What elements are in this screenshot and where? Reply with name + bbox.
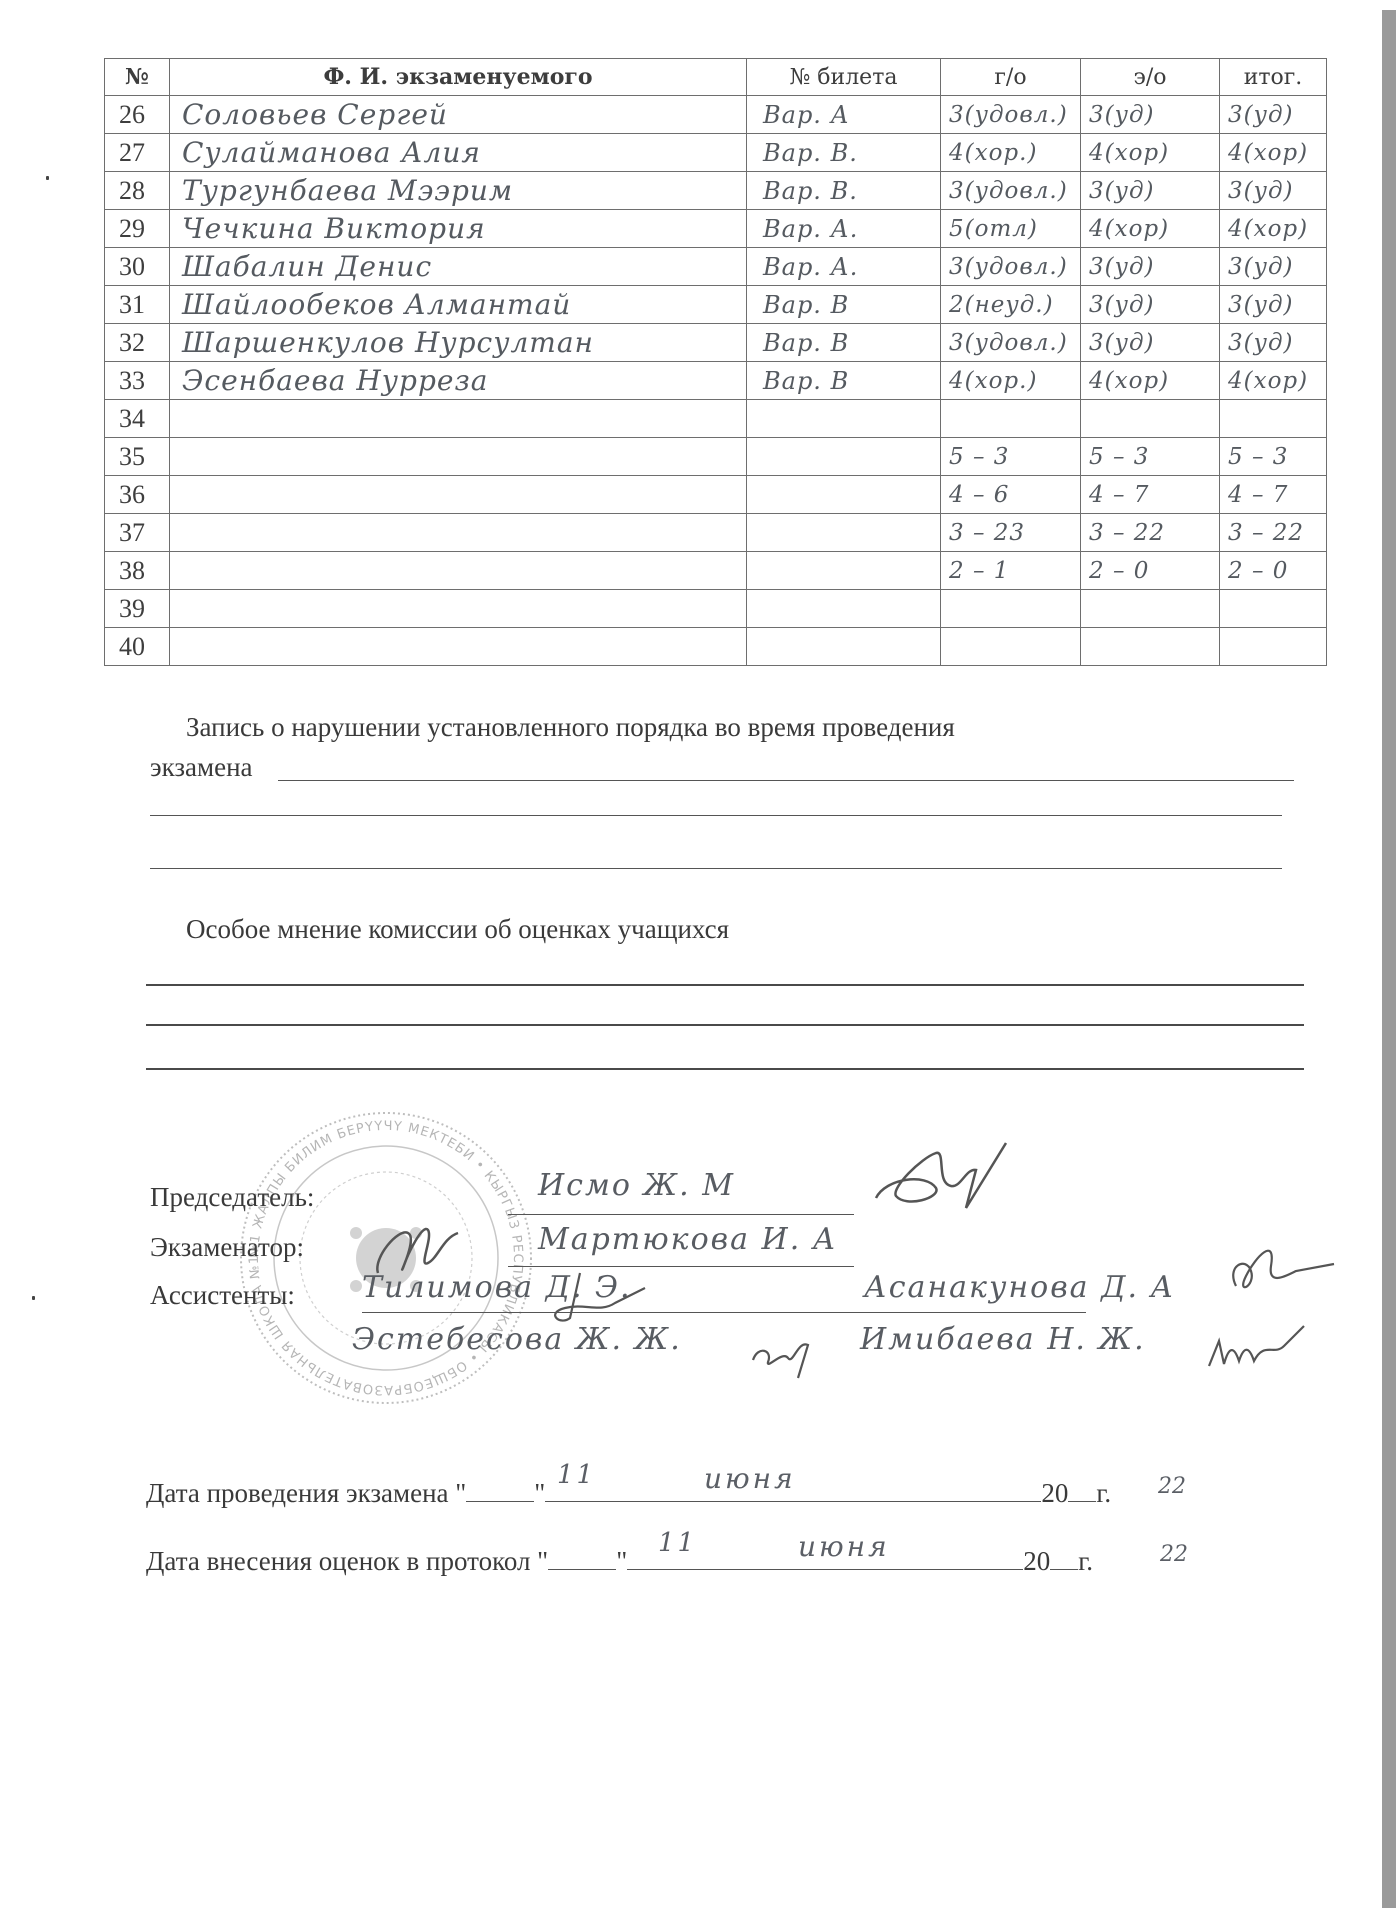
opinion-line-3[interactable] (146, 1068, 1304, 1070)
chairman-name: Исмо Ж. М (538, 1168, 735, 1203)
ticket-cell[interactable] (747, 514, 941, 552)
row-number: 29 (105, 210, 170, 248)
student-name-cell[interactable]: Шаршенкулов Нурсултан (170, 324, 747, 362)
ticket-cell[interactable]: Вар. А (747, 96, 941, 134)
commission-opinion-label: Особое мнение комиссии об оценках учащих… (186, 914, 729, 945)
violations-line-1[interactable] (278, 780, 1294, 781)
violations-line-3[interactable] (150, 868, 1282, 869)
ticket-cell[interactable]: Вар. В (747, 324, 941, 362)
oral-grade-cell[interactable]: 2 – 0 (1081, 552, 1220, 590)
row-number: 30 (105, 248, 170, 286)
header-final-grade: итог. (1220, 59, 1327, 96)
exam-year-prefix: 20 (1041, 1478, 1068, 1508)
written-grade-cell[interactable]: 2(неуд.) (941, 286, 1081, 324)
ticket-cell[interactable] (747, 590, 941, 628)
record-year-value: 22 (1160, 1542, 1188, 1567)
exam-day-field[interactable] (466, 1479, 534, 1502)
ticket-cell[interactable]: Вар. В. (747, 134, 941, 172)
record-month-value: июня (798, 1530, 890, 1563)
final-grade-cell[interactable]: 4 – 7 (1220, 476, 1327, 514)
student-name-cell[interactable]: Соловьев Сергей (170, 96, 747, 134)
chairman-line (508, 1214, 854, 1215)
oral-grade-cell[interactable]: 3(уд) (1081, 96, 1220, 134)
row-number: 26 (105, 96, 170, 134)
row-number: 40 (105, 628, 170, 666)
ticket-cell[interactable] (747, 400, 941, 438)
examiner-name: Мартюкова И. А (538, 1222, 837, 1257)
row-number: 34 (105, 400, 170, 438)
ticket-cell[interactable]: Вар. В (747, 286, 941, 324)
table-row: 31Шайлообеков АлмантайВар. В2(неуд.)3(уд… (105, 286, 1327, 324)
written-grade-cell[interactable] (941, 590, 1081, 628)
row-number: 39 (105, 590, 170, 628)
exam-day-value: 11 (557, 1460, 596, 1490)
final-grade-cell[interactable]: 2 – 0 (1220, 552, 1327, 590)
final-grade-cell[interactable]: 4(хор) (1220, 134, 1327, 172)
written-grade-cell[interactable]: 5(отл) (941, 210, 1081, 248)
header-student-name: Ф. И. экзаменуемого (170, 59, 747, 96)
table-row: 32Шаршенкулов НурсултанВар. В3(удовл.)3(… (105, 324, 1327, 362)
oral-grade-cell[interactable]: 3 – 22 (1081, 514, 1220, 552)
final-grade-cell[interactable]: 5 – 3 (1220, 438, 1327, 476)
table-row: 26Соловьев СергейВар. А3(удовл.)3(уд)3(у… (105, 96, 1327, 134)
assistant-2-signature (1216, 1226, 1336, 1306)
written-grade-cell[interactable]: 3 – 23 (941, 514, 1081, 552)
exam-date-label-text: Дата проведения экзамена " (146, 1478, 466, 1508)
exam-year-unit: г. (1096, 1478, 1111, 1508)
student-name-cell[interactable]: Чечкина Виктория (170, 210, 747, 248)
final-grade-cell[interactable] (1220, 628, 1327, 666)
written-grade-cell[interactable]: 3(удовл.) (941, 96, 1081, 134)
assistant-2-name: Асанакунова Д. А (864, 1270, 1175, 1305)
exam-year-value: 22 (1158, 1474, 1186, 1499)
oral-grade-cell[interactable] (1081, 628, 1220, 666)
written-grade-cell[interactable]: 3(удовл.) (941, 324, 1081, 362)
row-number: 37 (105, 514, 170, 552)
ticket-cell[interactable]: Вар. А. (747, 248, 941, 286)
written-grade-cell[interactable]: 3(удовл.) (941, 172, 1081, 210)
table-row: 27Сулайманова АлияВар. В.4(хор.)4(хор)4(… (105, 134, 1327, 172)
oral-grade-cell[interactable]: 4 – 7 (1081, 476, 1220, 514)
row-number: 28 (105, 172, 170, 210)
written-grade-cell[interactable]: 4(хор.) (941, 134, 1081, 172)
exam-year-field[interactable] (1068, 1479, 1096, 1502)
final-grade-cell[interactable]: 4(хор) (1220, 362, 1327, 400)
chairman-signature (866, 1138, 1016, 1218)
student-name-cell[interactable]: Эсенбаева Нурреза (170, 362, 747, 400)
examiner-label: Экзаменатор: (150, 1232, 304, 1263)
final-grade-cell[interactable]: 4(хор) (1220, 210, 1327, 248)
record-date-label-text: Дата внесения оценок в протокол " (146, 1546, 548, 1576)
ticket-cell[interactable]: Вар. В. (747, 172, 941, 210)
record-year-prefix: 20 (1023, 1546, 1050, 1576)
quote-close: " (534, 1478, 545, 1508)
final-grade-cell[interactable] (1220, 400, 1327, 438)
row-number: 33 (105, 362, 170, 400)
header-ticket: № билета (747, 59, 941, 96)
final-grade-cell[interactable] (1220, 590, 1327, 628)
table-row: 39 (105, 590, 1327, 628)
row-number: 35 (105, 438, 170, 476)
ticket-cell[interactable] (747, 476, 941, 514)
row-number: 36 (105, 476, 170, 514)
written-grade-cell[interactable]: 2 – 1 (941, 552, 1081, 590)
ticket-cell[interactable]: Вар. В (747, 362, 941, 400)
student-name-cell[interactable] (170, 400, 747, 438)
scan-speck (46, 176, 49, 180)
ticket-cell[interactable] (747, 552, 941, 590)
ticket-cell[interactable]: Вар. А. (747, 210, 941, 248)
violations-line-2[interactable] (150, 815, 1282, 816)
student-name-cell[interactable]: Сулайманова Алия (170, 134, 747, 172)
written-grade-cell[interactable]: 5 – 3 (941, 438, 1081, 476)
ticket-cell[interactable] (747, 628, 941, 666)
table-row: 33Эсенбаева НуррезаВар. В4(хор.)4(хор)4(… (105, 362, 1327, 400)
chairman-label: Председатель: (150, 1182, 314, 1213)
table-row: 34 (105, 400, 1327, 438)
assistant-4-signature (1204, 1316, 1324, 1376)
student-name-cell[interactable] (170, 552, 747, 590)
table-row: 40 (105, 628, 1327, 666)
header-oral-grade: э/о (1081, 59, 1220, 96)
final-grade-cell[interactable]: 3(уд) (1220, 248, 1327, 286)
record-year-unit: г. (1078, 1546, 1093, 1576)
student-name-cell[interactable]: Шабалин Денис (170, 248, 747, 286)
scan-speck (32, 1296, 35, 1300)
record-day-value: 11 (658, 1528, 697, 1558)
assistants-label: Ассистенты: (150, 1280, 295, 1311)
oral-grade-cell[interactable]: 4(хор) (1081, 210, 1220, 248)
oral-grade-cell[interactable]: 3(уд) (1081, 324, 1220, 362)
table-header-row: № Ф. И. экзаменуемого № билета г/о э/о и… (105, 59, 1327, 96)
exam-month-value: июня (704, 1462, 796, 1495)
table-row: 364 – 64 – 74 – 7 (105, 476, 1327, 514)
violations-label-cont: экзамена (150, 752, 253, 783)
quote-close: " (616, 1546, 627, 1576)
record-year-field[interactable] (1050, 1547, 1078, 1570)
table-row: 382 – 12 – 02 – 0 (105, 552, 1327, 590)
row-number: 32 (105, 324, 170, 362)
header-number: № (105, 59, 170, 96)
table-row: 29Чечкина ВикторияВар. А.5(отл)4(хор)4(х… (105, 210, 1327, 248)
student-name-cell[interactable] (170, 628, 747, 666)
grades-table: № Ф. И. экзаменуемого № билета г/о э/о и… (104, 58, 1327, 666)
scan-edge-strip (1382, 10, 1396, 1908)
student-name-cell[interactable]: Шайлообеков Алмантай (170, 286, 747, 324)
record-date-label: Дата внесения оценок в протокол ""20г. (146, 1546, 1093, 1577)
final-grade-cell[interactable]: 3(уд) (1220, 324, 1327, 362)
opinion-line-1[interactable] (146, 984, 1304, 986)
row-number: 31 (105, 286, 170, 324)
student-name-cell[interactable] (170, 438, 747, 476)
written-grade-cell[interactable] (941, 400, 1081, 438)
table-row: 373 – 233 – 223 – 22 (105, 514, 1327, 552)
final-grade-cell[interactable]: 3(уд) (1220, 96, 1327, 134)
oral-grade-cell[interactable] (1081, 400, 1220, 438)
oral-grade-cell[interactable]: 4(хор) (1081, 134, 1220, 172)
written-grade-cell[interactable]: 4 – 6 (941, 476, 1081, 514)
oral-grade-cell[interactable]: 3(уд) (1081, 248, 1220, 286)
ticket-cell[interactable] (747, 438, 941, 476)
student-name-cell[interactable] (170, 514, 747, 552)
written-grade-cell[interactable]: 4(хор.) (941, 362, 1081, 400)
oral-grade-cell[interactable]: 3(уд) (1081, 286, 1220, 324)
table-row: 355 – 35 – 35 – 3 (105, 438, 1327, 476)
written-grade-cell[interactable] (941, 628, 1081, 666)
violations-label: Запись о нарушении установленного порядк… (186, 712, 955, 743)
exam-date-label: Дата проведения экзамена ""20г. (146, 1478, 1111, 1509)
oral-grade-cell[interactable] (1081, 590, 1220, 628)
assistant-3-signature (748, 1320, 818, 1380)
written-grade-cell[interactable]: 3(удовл.) (941, 248, 1081, 286)
oral-grade-cell[interactable]: 3(уд) (1081, 172, 1220, 210)
student-name-cell[interactable] (170, 590, 747, 628)
assistants-line (362, 1312, 1086, 1313)
opinion-line-2[interactable] (146, 1024, 1304, 1026)
student-name-cell[interactable] (170, 476, 747, 514)
table-body: 26Соловьев СергейВар. А3(удовл.)3(уд)3(у… (105, 96, 1327, 666)
final-grade-cell[interactable]: 3(уд) (1220, 286, 1327, 324)
student-name-cell[interactable]: Тургунбаева Мээрим (170, 172, 747, 210)
assistant-3-name: Эстебесова Ж. Ж. (352, 1322, 682, 1357)
final-grade-cell[interactable]: 3 – 22 (1220, 514, 1327, 552)
oral-grade-cell[interactable]: 4(хор) (1081, 362, 1220, 400)
assistant-1-signature (540, 1268, 650, 1328)
row-number: 38 (105, 552, 170, 590)
assistant-4-name: Имибаева Н. Ж. (860, 1322, 1146, 1357)
header-written-grade: г/о (941, 59, 1081, 96)
table-row: 28Тургунбаева МээримВар. В.3(удовл.)3(уд… (105, 172, 1327, 210)
final-grade-cell[interactable]: 3(уд) (1220, 172, 1327, 210)
row-number: 27 (105, 134, 170, 172)
examiner-line (508, 1266, 854, 1267)
record-day-field[interactable] (548, 1547, 616, 1570)
table-row: 30Шабалин ДенисВар. А.3(удовл.)3(уд)3(уд… (105, 248, 1327, 286)
oral-grade-cell[interactable]: 5 – 3 (1081, 438, 1220, 476)
